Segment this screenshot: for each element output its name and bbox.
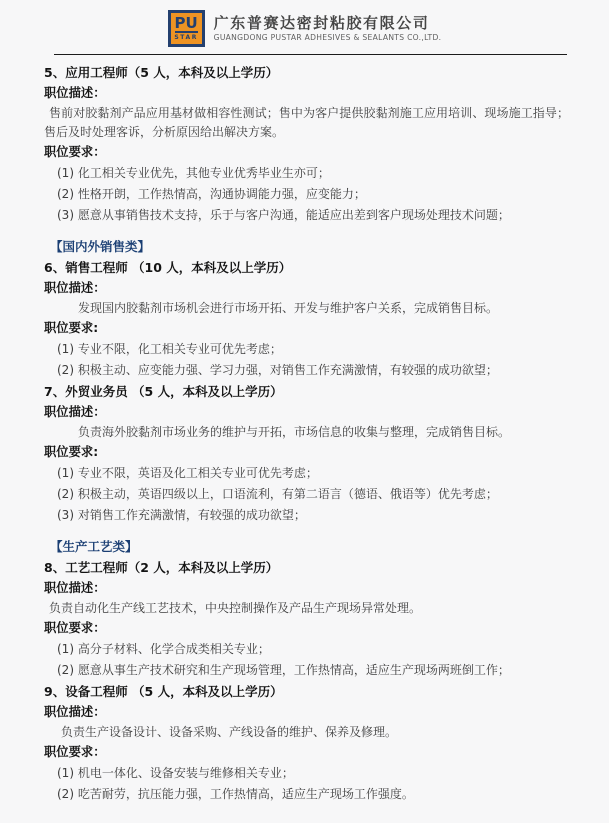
job-section-equipment-engineer: 9、设备工程师 （5 人，本科及以上学历） 职位描述： 负责生产设备设计、设备采…: [44, 681, 569, 805]
job-desc: 发现国内胶黏剂市场机会进行市场开拓、开发与维护客户关系，完成销售目标。: [44, 299, 569, 318]
job-section-process-engineer: 8、工艺工程师（2 人，本科及以上学历） 职位描述： 负责自动化生产线工艺技术，…: [44, 557, 569, 681]
job-req-item: (1) 化工相关专业优先，其他专业优秀毕业生亦可；: [44, 163, 569, 184]
job-desc: 负责自动化生产线工艺技术，中央控制操作及产品生产现场异常处理。: [44, 599, 569, 618]
job-desc-label: 职位描述：: [44, 278, 569, 299]
pustar-logo: PU STAR: [168, 10, 205, 47]
job-section-application-engineer: 5、应用工程师（5 人，本科及以上学历） 职位描述： 售前对胶黏剂产品应用基材做…: [44, 62, 569, 226]
job-req-item: (1) 专业不限，英语及化工相关专业可优先考虑；: [44, 463, 569, 484]
logo-star-text: STAR: [174, 34, 198, 41]
job-desc-label: 职位描述：: [44, 702, 569, 723]
job-desc: 负责生产设备设计、设备采购、产线设备的维护、保养及修理。: [44, 723, 569, 742]
job-section-foreign-trade-salesperson: 7、外贸业务员 （5 人，本科及以上学历） 职位描述： 负责海外胶黏剂市场业务的…: [44, 381, 569, 526]
job-req-label: 职位要求：: [44, 142, 569, 163]
job-req-item: (3) 愿意从事销售技术支持，乐于与客户沟通，能适应出差到客户现场处理技术问题；: [44, 205, 569, 226]
job-req-item: (2) 积极主动，英语四级以上，口语流利，有第二语言（德语、俄语等）优先考虑；: [44, 484, 569, 505]
job-req-item: (2) 吃苦耐劳，抗压能力强，工作热情高，适应生产现场工作强度。: [44, 784, 569, 805]
job-req-label: 职位要求:: [44, 442, 569, 463]
job-req-label: 职位要求：: [44, 742, 569, 763]
company-name-cn: 广东普赛达密封粘胶有限公司: [214, 14, 442, 33]
job-req-item: (1) 专业不限，化工相关专业可优先考虑；: [44, 339, 569, 360]
job-req-label: 职位要求:: [44, 318, 569, 339]
company-name-en: GUANGDONG PUSTAR ADHESIVES & SEALANTS CO…: [214, 33, 442, 43]
job-desc-label: 职位描述：: [44, 83, 569, 104]
job-desc-label: 职位描述：: [44, 578, 569, 599]
logo-pu-text: PU: [175, 16, 198, 33]
job-req-item: (2) 积极主动、应变能力强、学习力强，对销售工作充满激情，有较强的成功欲望；: [44, 360, 569, 381]
job-req-item: (3) 对销售工作充满激情，有较强的成功欲望；: [44, 505, 569, 526]
job-title: 7、外贸业务员 （5 人，本科及以上学历）: [44, 381, 569, 402]
company-header: PU STAR 广东普赛达密封粘胶有限公司 GUANGDONG PUSTAR A…: [0, 0, 609, 48]
job-req-item: (2) 愿意从事生产技术研究和生产现场管理，工作热情高，适应生产现场两班倒工作；: [44, 660, 569, 681]
job-section-sales-engineer: 6、销售工程师 （10 人，本科及以上学历） 职位描述： 发现国内胶黏剂市场机会…: [44, 257, 569, 381]
category-heading-sales: 【国内外销售类】: [50, 236, 569, 257]
job-req-item: (1) 高分子材料、化学合成类相关专业；: [44, 639, 569, 660]
job-desc: 负责海外胶黏剂市场业务的维护与开拓，市场信息的收集与整理，完成销售目标。: [44, 423, 569, 442]
job-title: 8、工艺工程师（2 人，本科及以上学历）: [44, 557, 569, 578]
document-page: PU STAR 广东普赛达密封粘胶有限公司 GUANGDONG PUSTAR A…: [0, 0, 609, 823]
company-names: 广东普赛达密封粘胶有限公司 GUANGDONG PUSTAR ADHESIVES…: [214, 14, 442, 43]
job-req-label: 职位要求：: [44, 618, 569, 639]
job-req-item: (2) 性格开朗，工作热情高，沟通协调能力强，应变能力；: [44, 184, 569, 205]
job-req-item: (1) 机电一体化、设备安装与维修相关专业；: [44, 763, 569, 784]
job-title: 6、销售工程师 （10 人，本科及以上学历）: [44, 257, 569, 278]
job-desc: 售前对胶黏剂产品应用基材做相容性测试；售中为客户提供胶黏剂施工应用培训、现场施工…: [44, 104, 569, 142]
job-title: 5、应用工程师（5 人，本科及以上学历）: [44, 62, 569, 83]
job-desc-label: 职位描述：: [44, 402, 569, 423]
category-heading-production: 【生产工艺类】: [50, 536, 569, 557]
job-listings: 5、应用工程师（5 人，本科及以上学历） 职位描述： 售前对胶黏剂产品应用基材做…: [0, 55, 609, 805]
job-title: 9、设备工程师 （5 人，本科及以上学历）: [44, 681, 569, 702]
